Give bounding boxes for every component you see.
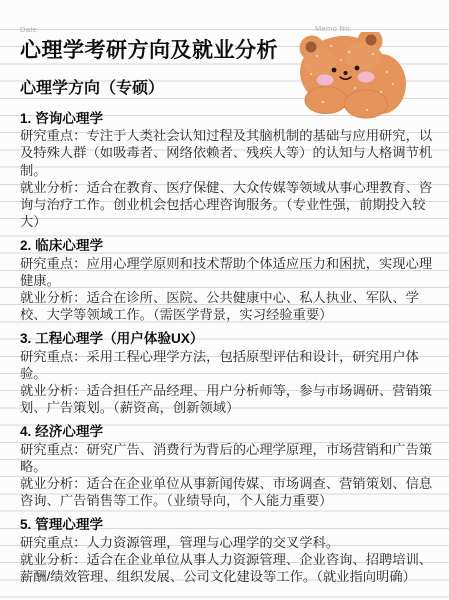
research-paragraph: 研究重点：人力资源管理，管理与心理学的交叉学科。	[20, 534, 435, 551]
section-economic-psychology: 4. 经济心理学 研究重点：研究广告、消费行为背后的心理学原理，市场营销和广告策…	[20, 423, 449, 509]
research-paragraph: 研究重点：应用心理学原则和技术帮助个体适应压力和困扰，实现心理健康。	[20, 255, 435, 289]
research-label: 研究重点：	[20, 535, 86, 550]
career-label: 就业分析：	[20, 552, 86, 567]
career-label: 就业分析：	[20, 180, 86, 195]
career-label: 就业分析：	[20, 290, 86, 305]
memo-page: Date Memo No.	[0, 0, 449, 600]
research-label: 研究重点：	[20, 128, 86, 143]
career-paragraph: 就业分析：适合在诊所、医院、公共健康中心、私人执业、军队、学校、大学等领域工作。…	[20, 289, 435, 323]
career-paragraph: 就业分析：适合担任产品经理、用户分析师等，参与市场调研、营销策划、广告策划。（薪…	[20, 382, 435, 416]
section-clinical-psychology: 2. 临床心理学 研究重点：应用心理学原则和技术帮助个体适应压力和困扰，实现心理…	[20, 237, 449, 323]
section-heading: 5. 管理心理学	[20, 516, 449, 533]
research-paragraph: 研究重点：研究广告、消费行为背后的心理学原理，市场营销和广告策略。	[20, 441, 435, 475]
research-paragraph: 研究重点：专注于人类社会认知过程及其脑机制的基础与应用研究，以及特殊人群（如吸毒…	[20, 127, 435, 179]
sections-list: 1. 咨询心理学 研究重点：专注于人类社会认知过程及其脑机制的基础与应用研究，以…	[0, 110, 449, 585]
section-heading: 3. 工程心理学（用户体验UX）	[20, 330, 449, 347]
section-management-psychology: 5. 管理心理学 研究重点：人力资源管理，管理与心理学的交叉学科。 就业分析：适…	[20, 516, 449, 585]
research-text: 人力资源管理，管理与心理学的交叉学科。	[86, 535, 339, 550]
career-label: 就业分析：	[20, 383, 86, 398]
section-heading: 4. 经济心理学	[20, 423, 449, 440]
section-engineering-psychology-ux: 3. 工程心理学（用户体验UX） 研究重点：采用工程心理学方法，包括原型评估和设…	[20, 330, 449, 416]
career-label: 就业分析：	[20, 476, 86, 491]
section-counseling-psychology: 1. 咨询心理学 研究重点：专注于人类社会认知过程及其脑机制的基础与应用研究，以…	[20, 110, 449, 230]
career-paragraph: 就业分析：适合在企业单位从事人力资源管理、企业咨询、招聘培训、薪酬/绩效管理、组…	[20, 551, 435, 585]
research-label: 研究重点：	[20, 349, 86, 364]
research-paragraph: 研究重点：采用工程心理学方法，包括原型评估和设计，研究用户体验。	[20, 348, 435, 382]
research-label: 研究重点：	[20, 256, 86, 271]
teddy-bear-illustration	[297, 32, 407, 124]
research-label: 研究重点：	[20, 442, 86, 457]
career-paragraph: 就业分析：适合在教育、医疗保健、大众传媒等领域从事心理教育、咨询与治疗工作。创业…	[20, 179, 435, 231]
career-paragraph: 就业分析：适合在企业单位从事新闻传媒、市场调查、营销策划、信息咨询、广告销售等工…	[20, 475, 435, 509]
section-heading: 2. 临床心理学	[20, 237, 449, 254]
